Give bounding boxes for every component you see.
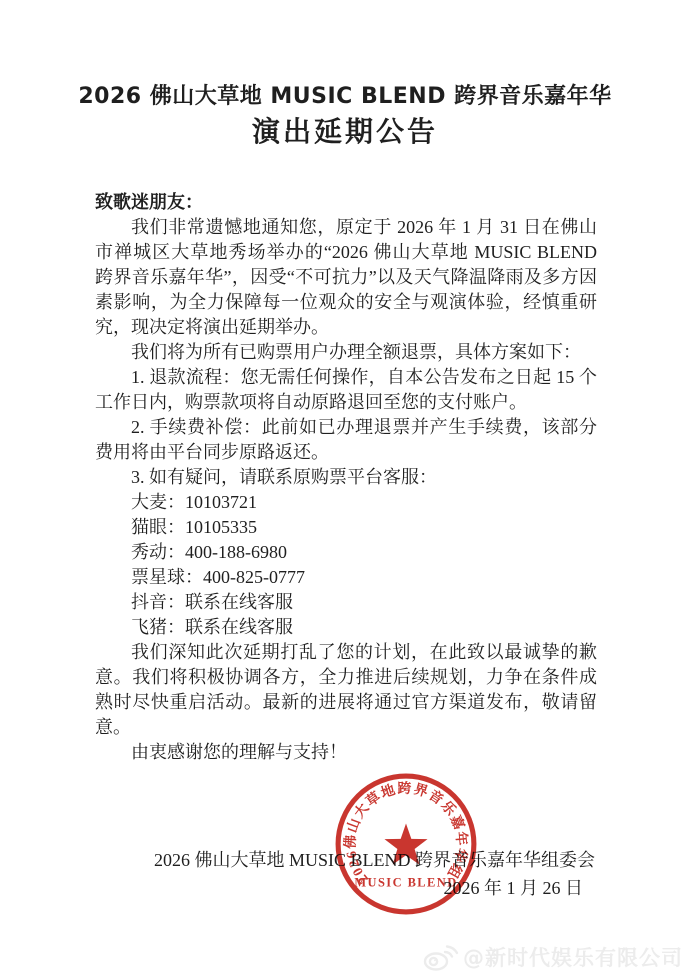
salutation: 致歌迷朋友： [95,190,597,215]
paragraph-intro: 我们非常遗憾地通知您，原定于 2026 年 1 月 31 日在佛山市禅城区大草地… [95,215,597,340]
contact-line-xiudong: 秀动：400-188-6980 [131,540,597,565]
contact-line-douyin: 抖音：联系在线客服 [131,590,597,615]
official-seal: 2026佛山大草地跨界音乐嘉年华组委会 MUSIC BLEND [333,771,479,917]
paragraph-refund-summary: 我们将为所有已购票用户办理全额退票，具体方案如下： [95,340,597,365]
contact-platform: 抖音： [131,592,185,612]
paragraph-fee-compensation: 2. 手续费补偿：此前如已办理退票并产生手续费，该部分费用将由平台同步原路返还。 [95,415,597,465]
contact-line-damai: 大麦：10103721 [131,490,597,515]
contact-platform: 飞猪： [131,617,185,637]
star-icon [384,824,427,865]
contact-platform: 秀动： [131,542,185,562]
document-title: 2026 佛山大草地 MUSIC BLEND 跨界音乐嘉年华 [0,84,690,109]
paragraph-refund-process: 1. 退款流程：您无需任何操作，自本公告发布之日起 15 个工作日内，购票款项将… [95,365,597,415]
watermark-text: @新时代娱乐有限公司 [463,942,683,972]
paragraph-apology: 我们深知此次延期打乱了您的计划，在此致以最诚挚的歉意。我们将积极协调各方，全力推… [95,640,597,740]
paragraph-contact-intro: 3. 如有疑问，请联系原购票平台客服： [95,465,597,490]
contact-value: 10103721 [185,492,257,512]
weibo-watermark: @新时代娱乐有限公司 [423,942,683,972]
document-body: 致歌迷朋友： 我们非常遗憾地通知您，原定于 2026 年 1 月 31 日在佛山… [95,190,597,765]
contact-value: 400-825-0777 [203,567,305,587]
contact-value: 400-188-6980 [185,542,287,562]
contact-line-maoyan: 猫眼：10105335 [131,515,597,540]
signature-date: 2026 年 1 月 26 日 [0,875,595,901]
document-subtitle: 演出延期公告 [0,117,690,148]
contact-platform: 票星球： [131,567,203,587]
weibo-icon [423,943,459,971]
signature-organization: 2026 佛山大草地 MUSIC BLEND 跨界音乐嘉年华组委会 [0,847,595,873]
contact-platform: 猫眼： [131,517,185,537]
contact-line-piaoxingqiu: 票星球：400-825-0777 [131,565,597,590]
seal-bottom-text: MUSIC BLEND [354,875,457,889]
contact-value: 10105335 [185,517,257,537]
paragraph-thanks: 由衷感谢您的理解与支持！ [95,740,597,765]
contact-value: 联系在线客服 [185,592,293,612]
contact-line-feizhu: 飞猪：联系在线客服 [131,615,597,640]
contact-platform: 大麦： [131,492,185,512]
announcement-document: 2026 佛山大草地 MUSIC BLEND 跨界音乐嘉年华 演出延期公告 致歌… [0,0,690,976]
seal-arc-text: 2026佛山大草地跨界音乐嘉年华组委会 [333,771,471,886]
contact-value: 联系在线客服 [185,617,293,637]
